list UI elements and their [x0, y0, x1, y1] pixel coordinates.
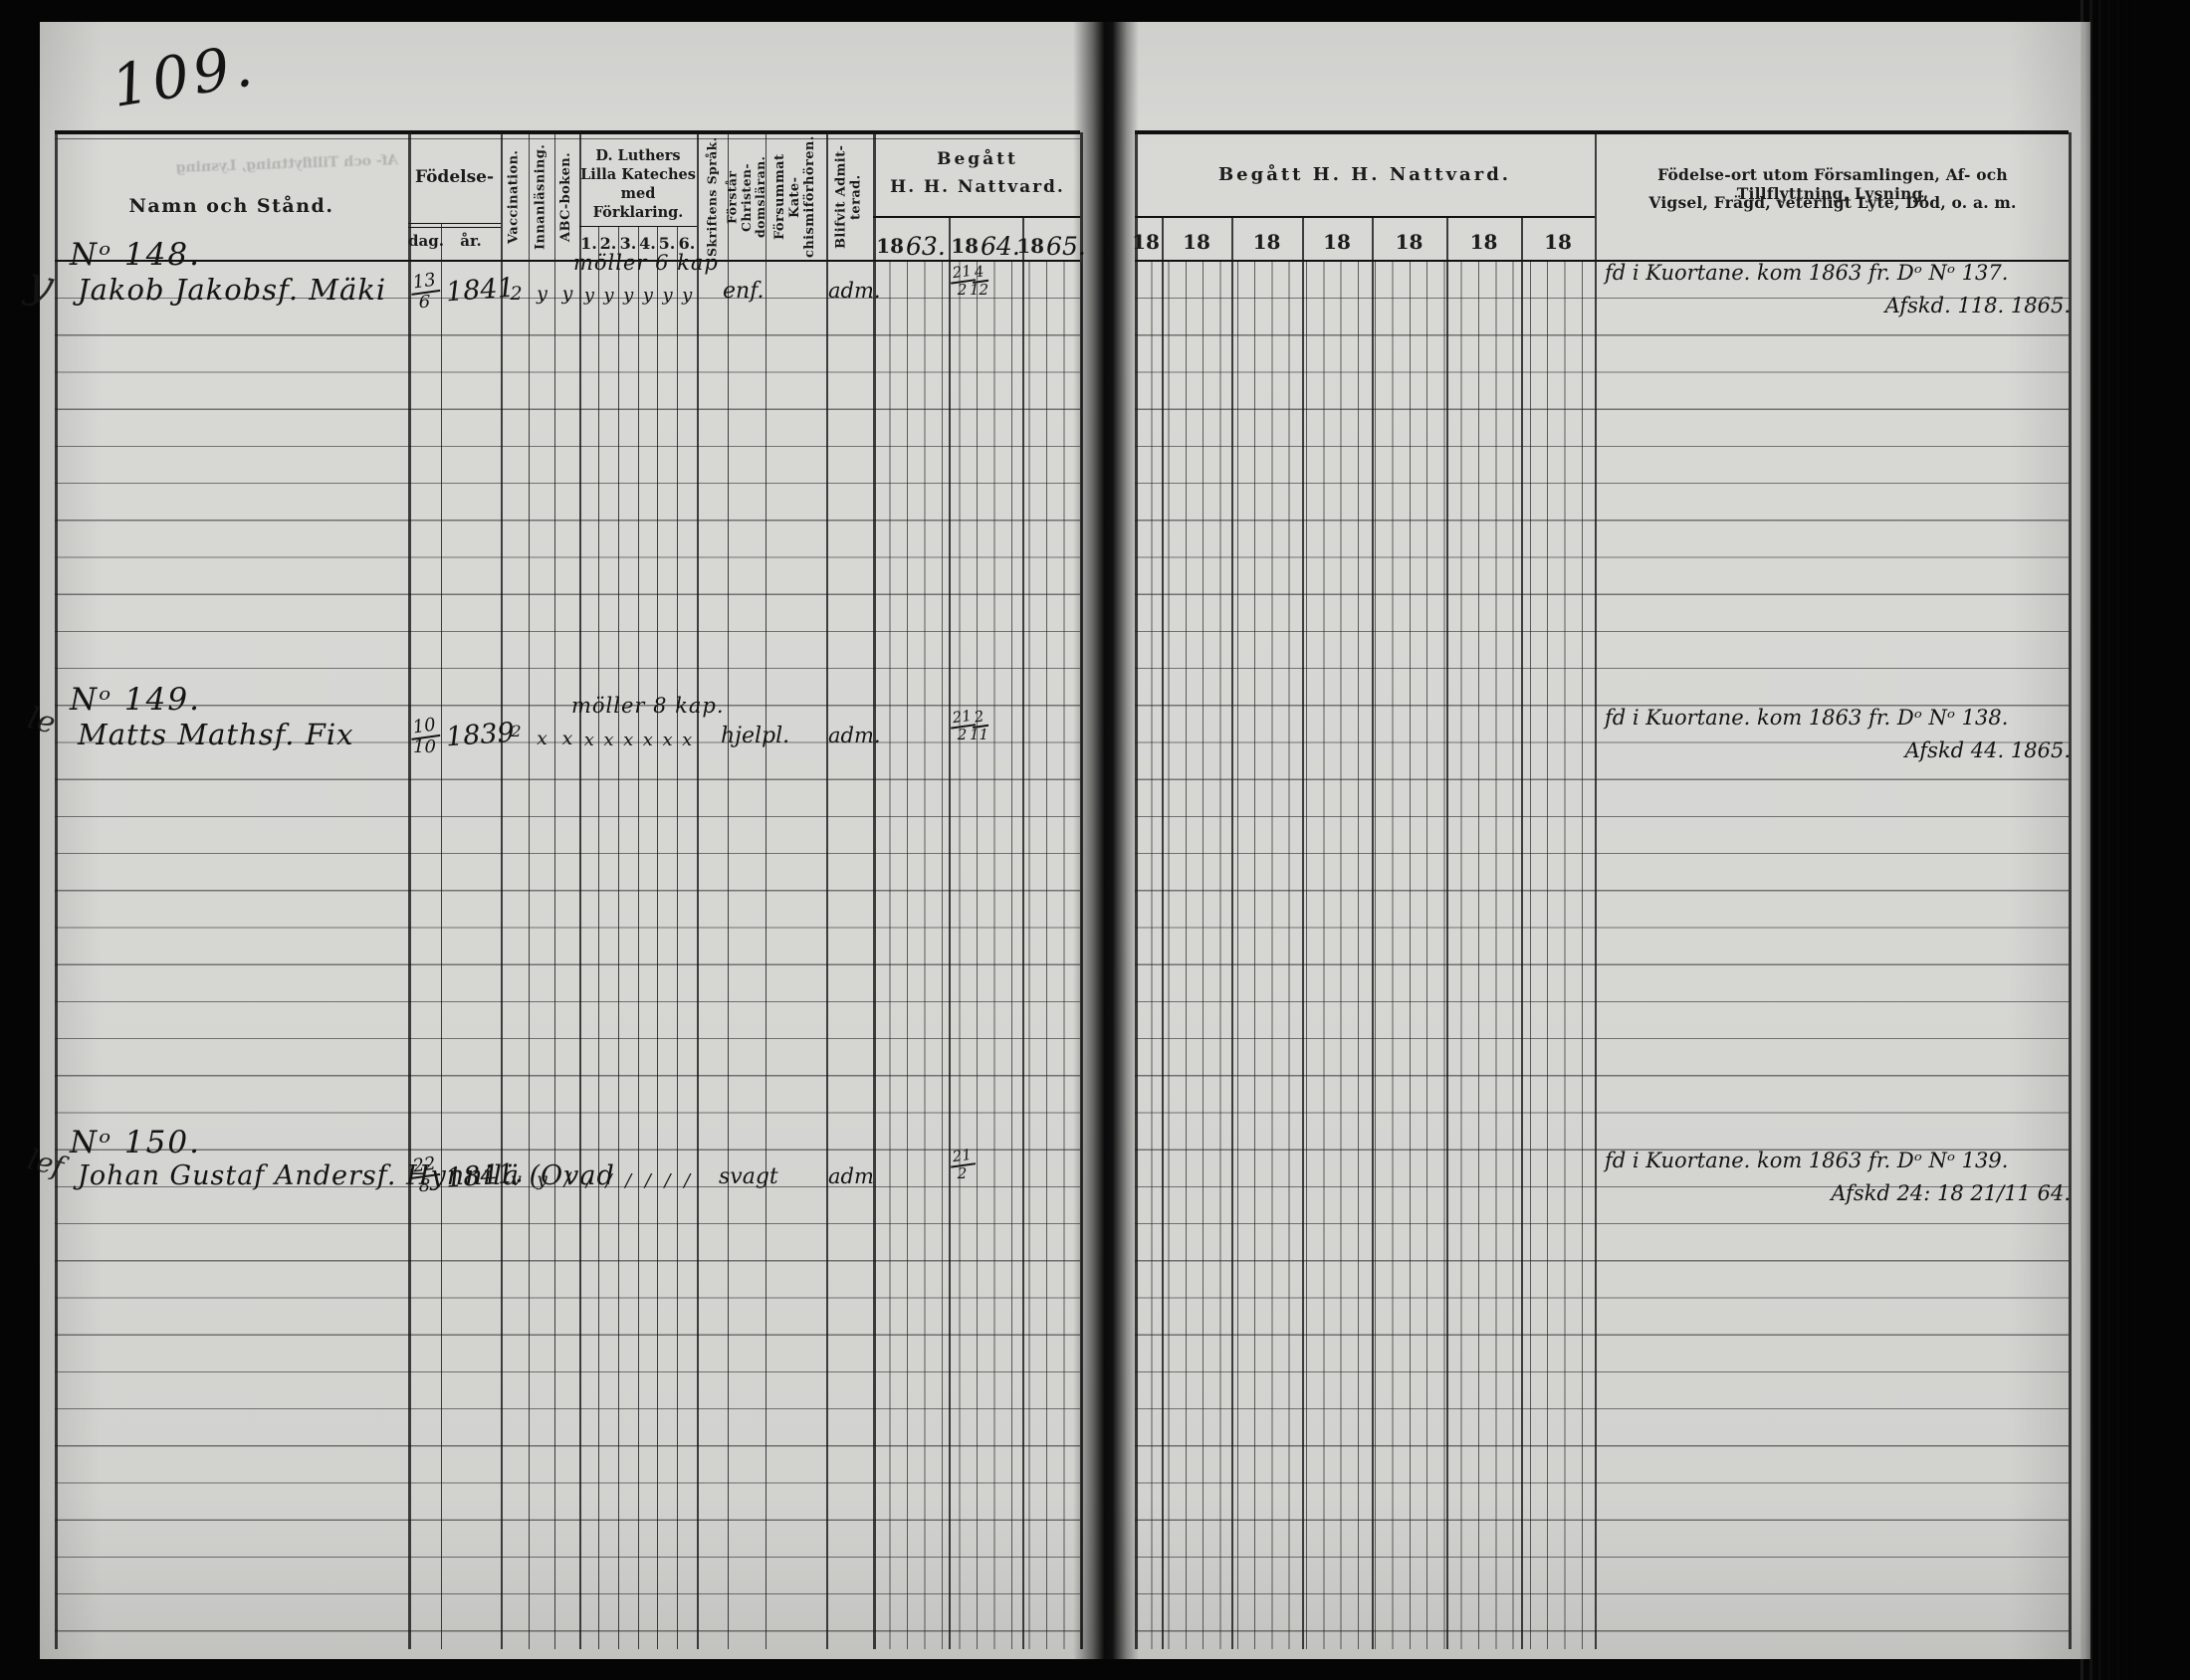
record-name: Matts Mathsf. Fix — [78, 718, 353, 751]
fodelse-split-line2 — [408, 227, 501, 228]
innanlasning-mark: y — [530, 1168, 554, 1190]
col-rule-luthers-sprak — [697, 132, 699, 1649]
kateches-mark: y — [638, 285, 658, 306]
col-rule-vacc-innan — [529, 132, 530, 1649]
right-year-rule-2 — [1231, 217, 1233, 1649]
abc-mark: / — [555, 1168, 579, 1190]
year-rule-1864-1865 — [1022, 217, 1024, 1649]
record-number: Nᵒ 149. — [70, 682, 201, 718]
book-fold-shadow — [1073, 22, 1139, 1659]
year-rule-1863-1864 — [949, 217, 951, 1649]
nattvard-left-header-line2: H. H. Nattvard. — [873, 177, 1082, 197]
col-rule-forsummat-blifvit — [826, 132, 828, 1649]
kateches-mark: y — [618, 285, 638, 306]
col-rule-years-notes — [1595, 132, 1597, 1649]
right-year-rule-3 — [1302, 217, 1304, 1649]
fodelse-split-line — [408, 223, 501, 224]
kateches-mark: x — [638, 730, 658, 750]
nattvard-split-right — [1135, 216, 1595, 218]
record-note-line2: Afskd 44. 1865. — [1692, 738, 2071, 762]
luthers-sub-rule-1 — [598, 227, 599, 1649]
vaccination-mark: v — [504, 1168, 529, 1190]
col-rule-name-dag — [408, 132, 411, 1649]
abc-mark: x — [555, 728, 579, 749]
nattvard-subcolumns-left — [873, 262, 1082, 1649]
kateches-mark: x — [599, 730, 619, 750]
record-note-line1: fd i Kuortane. kom 1863 fr. Dᵒ Nᵒ 137. — [1605, 261, 2008, 285]
luthers-sub-rule-4 — [657, 227, 658, 1649]
vaccination-mark: 2 — [504, 722, 529, 740]
kateches-marks: y y y y y y — [579, 285, 697, 306]
birth-date: 136 — [410, 273, 439, 312]
table-top-border-left — [55, 130, 1080, 134]
nattvard-subcolumns-right — [1135, 262, 1595, 1649]
admitterad-entry: adm. — [828, 279, 881, 303]
right-year-rule-4 — [1372, 217, 1374, 1649]
left-page-border — [55, 132, 58, 1649]
margin-mark: lef — [25, 1143, 68, 1183]
forstar-entry: svagt — [719, 1164, 778, 1189]
col-rule-blifvit-nattvard — [873, 132, 876, 1649]
record-note-line1: fd i Kuortane. kom 1863 fr. Dᵒ Nᵒ 139. — [1605, 1149, 2008, 1172]
luthers-sub-rule-5 — [677, 227, 678, 1649]
notes-column-header-line2: Vigsel, Frägd, veterligt Lyte, Död, o. a… — [1603, 193, 2063, 212]
kateches-mark: y — [658, 285, 678, 306]
col-rule-dag-ar — [441, 224, 442, 1649]
right-page-right-border — [2069, 132, 2072, 1649]
luthers-header: D. Luthers Lilla Kateches med Förklaring… — [577, 147, 699, 222]
name-column-header: Namn och Stånd. — [55, 195, 408, 217]
record-name: Jakob Jakobsf. Mäki — [78, 273, 386, 307]
record-number: Nᵒ 150. — [70, 1125, 201, 1160]
record-note-line2: Afskd. 118. 1865. — [1692, 294, 2071, 317]
birth-date: 228 — [410, 1156, 439, 1195]
record-number: Nᵒ 148. — [70, 237, 201, 273]
kateches-mark: / — [579, 1170, 599, 1191]
forstar-entry: hjelpl. — [721, 724, 789, 748]
fodelse-header: Födelse- — [408, 167, 501, 187]
right-year-rule-1 — [1162, 217, 1164, 1649]
kateches-mark: y — [677, 285, 697, 306]
col-rule-sprak-forstar — [728, 132, 729, 1649]
birth-date: 1010 — [410, 718, 439, 756]
nattvard-right-header: Begått H. H. Nattvard. — [1135, 164, 1595, 185]
admitterad-entry: adm — [828, 1164, 874, 1188]
kateches-mark: y — [579, 285, 599, 306]
ledger-scan: 109. Af- och Tillflyttning, Lysning Namn… — [0, 0, 2190, 1680]
kateches-mark: / — [677, 1170, 697, 1191]
scan-edge-right — [2080, 0, 2190, 1680]
kateches-mark: x — [618, 730, 638, 750]
kateches-note: möller 6 kap — [573, 251, 719, 275]
kateches-mark: / — [638, 1170, 658, 1191]
margin-mark: y — [22, 257, 58, 312]
vaccination-mark: 2 — [504, 283, 529, 305]
record-note-line1: fd i Kuortane. kom 1863 fr. Dᵒ Nᵒ 138. — [1605, 706, 2008, 730]
innanlasning-mark: x — [530, 728, 554, 749]
luthers-sub-rule-2 — [618, 227, 619, 1649]
record-note-line2: Afskd 24: 18 21/11 64. — [1692, 1181, 2071, 1205]
col-rule-abc-luthers — [579, 132, 581, 1649]
kateches-marks: / / / / / / — [579, 1170, 697, 1191]
kateches-marks: x x x x x x — [579, 730, 697, 750]
kateches-mark: / — [599, 1170, 619, 1191]
innanlasning-mark: y — [530, 283, 554, 305]
nattvard-date-2: 211 — [970, 710, 988, 742]
abc-mark: y — [555, 283, 579, 305]
margin-mark: le — [24, 701, 59, 741]
table-top-border-right — [1135, 130, 2069, 134]
col-rule-innan-abc — [554, 132, 555, 1649]
kateches-note: möller 8 kap. — [571, 694, 725, 718]
kateches-mark: / — [658, 1170, 678, 1191]
kateches-mark: / — [618, 1170, 638, 1191]
luthers-sub-rule-3 — [638, 227, 639, 1649]
col-rule-ar-vacc — [501, 132, 503, 1649]
nattvard-date-2: 412 — [970, 265, 988, 298]
kateches-mark: x — [677, 730, 697, 750]
kateches-mark: x — [658, 730, 678, 750]
forstar-entry: enf. — [723, 279, 765, 304]
kateches-mark: y — [599, 285, 619, 306]
col-rule-forstar-forsummat — [766, 132, 766, 1649]
nattvard-left-header-line1: Begått — [873, 149, 1082, 169]
right-year-rule-5 — [1446, 217, 1448, 1649]
nattvard-split-left — [873, 216, 1080, 218]
right-year-rule-6 — [1521, 217, 1523, 1649]
kateches-mark: x — [579, 730, 599, 750]
admitterad-entry: adm. — [828, 724, 881, 747]
nattvard-date-1: 212 — [950, 1149, 975, 1181]
